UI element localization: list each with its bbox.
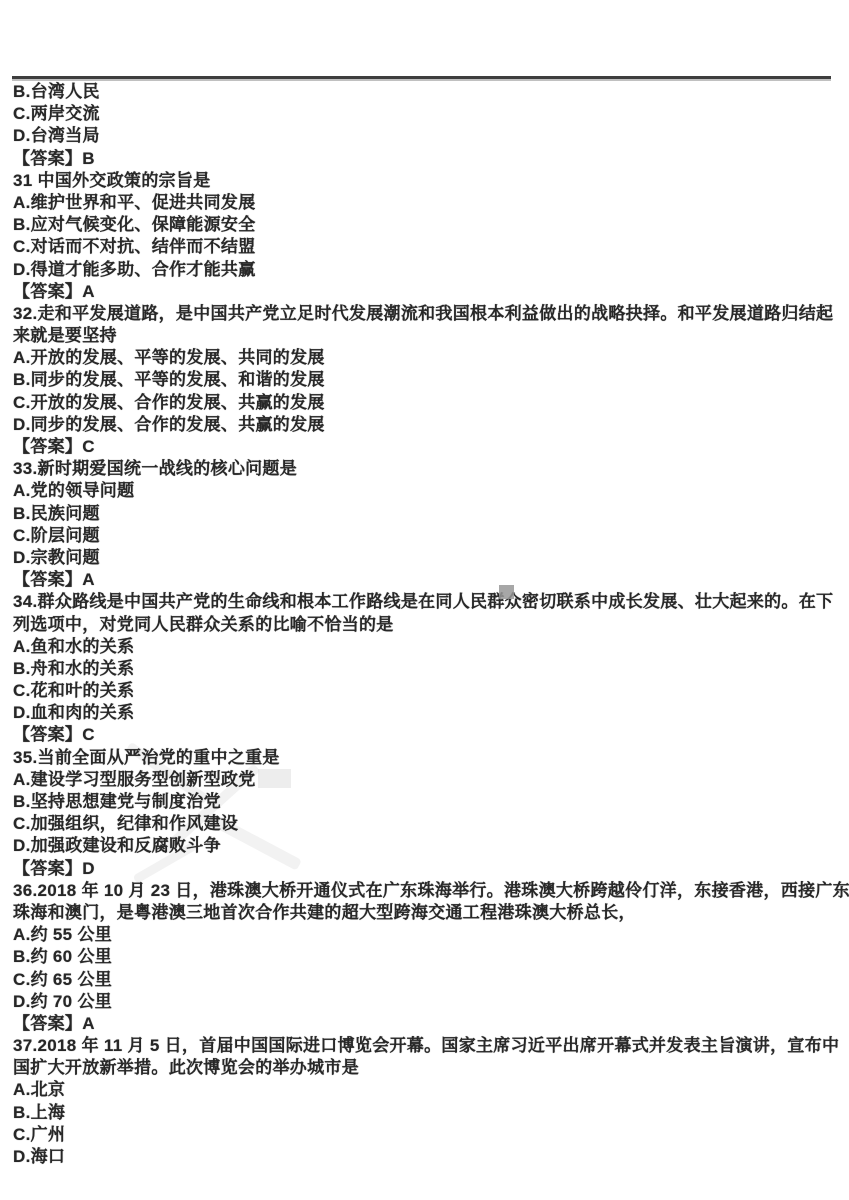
option-line: A.建设学习型服务型创新型政党 — [13, 769, 839, 791]
question-line: 珠海和澳门，是粤港澳三地首次合作共建的超大型跨海交通工程港珠澳大桥总长， — [13, 902, 839, 924]
scan-smudge-artifact — [499, 585, 514, 599]
option-line: C.开放的发展、合作的发展、共赢的发展 — [13, 392, 839, 414]
option-line: A.北京 — [13, 1079, 839, 1101]
option-line: A.党的领导问题 — [13, 480, 839, 502]
question-line: 37.2018 年 11 月 5 日，首届中国国际进口博览会开幕。国家主席习近平… — [13, 1035, 839, 1057]
option-line: C.约 65 公里 — [13, 969, 839, 991]
answer-line: 【答案】A — [13, 1013, 839, 1035]
document-body: B.台湾人民C.两岸交流D.台湾当局【答案】B31 中国外交政策的宗旨是A.维护… — [13, 81, 839, 1168]
question-line: 列选项中，对党同人民群众关系的比喻不恰当的是 — [13, 614, 839, 636]
option-line: A.开放的发展、平等的发展、共同的发展 — [13, 347, 839, 369]
option-line: D.约 70 公里 — [13, 991, 839, 1013]
question-line: 32.走和平发展道路，是中国共产党立足时代发展潮流和我国根本利益做出的战略抉择。… — [13, 303, 839, 325]
answer-line: 【答案】A — [13, 281, 839, 303]
option-line: D.血和肉的关系 — [13, 702, 839, 724]
answer-line: 【答案】C — [13, 724, 839, 746]
scanned-exam-page: B.台湾人民C.两岸交流D.台湾当局【答案】B31 中国外交政策的宗旨是A.维护… — [0, 0, 849, 1200]
question-line: 34.群众路线是中国共产党的生命线和根本工作路线是在同人民群众密切联系中成长发展… — [13, 591, 839, 613]
option-line: B.应对气候变化、保障能源安全 — [13, 214, 839, 236]
option-line: D.宗教问题 — [13, 547, 839, 569]
question-line: 31 中国外交政策的宗旨是 — [13, 170, 839, 192]
option-line: B.民族问题 — [13, 503, 839, 525]
option-line: B.上海 — [13, 1102, 839, 1124]
option-line: B.舟和水的关系 — [13, 658, 839, 680]
option-line: C.阶层问题 — [13, 525, 839, 547]
option-line: A.约 55 公里 — [13, 924, 839, 946]
answer-line: 【答案】C — [13, 436, 839, 458]
option-line: C.花和叶的关系 — [13, 680, 839, 702]
option-line: D.海口 — [13, 1146, 839, 1168]
option-line: B.坚持思想建党与制度治党 — [13, 791, 839, 813]
option-line: D.同步的发展、合作的发展、共赢的发展 — [13, 414, 839, 436]
question-line: 36.2018 年 10 月 23 日，港珠澳大桥开通仪式在广东珠海举行。港珠澳… — [13, 880, 839, 902]
option-line: B.台湾人民 — [13, 81, 839, 103]
option-line: A.维护世界和平、促进共同发展 — [13, 192, 839, 214]
option-line: D.台湾当局 — [13, 125, 839, 147]
option-line: C.加强组织，纪律和作风建设 — [13, 813, 839, 835]
option-line: C.对话而不对抗、结伴而不结盟 — [13, 236, 839, 258]
scan-ghost-artifact — [258, 769, 291, 788]
question-line: 来就是要坚持 — [13, 325, 839, 347]
option-line: B.约 60 公里 — [13, 946, 839, 968]
section-divider — [12, 76, 831, 79]
option-line: D.得道才能多助、合作才能共赢 — [13, 259, 839, 281]
answer-line: 【答案】B — [13, 148, 839, 170]
answer-line: 【答案】A — [13, 569, 839, 591]
option-line: A.鱼和水的关系 — [13, 636, 839, 658]
question-line: 国扩大开放新举措。此次博览会的举办城市是 — [13, 1057, 839, 1079]
option-line: C.两岸交流 — [13, 103, 839, 125]
option-line: D.加强政建设和反腐败斗争 — [13, 835, 839, 857]
option-line: C.广州 — [13, 1124, 839, 1146]
question-line: 33.新时期爱国统一战线的核心问题是 — [13, 458, 839, 480]
option-line: B.同步的发展、平等的发展、和谐的发展 — [13, 369, 839, 391]
